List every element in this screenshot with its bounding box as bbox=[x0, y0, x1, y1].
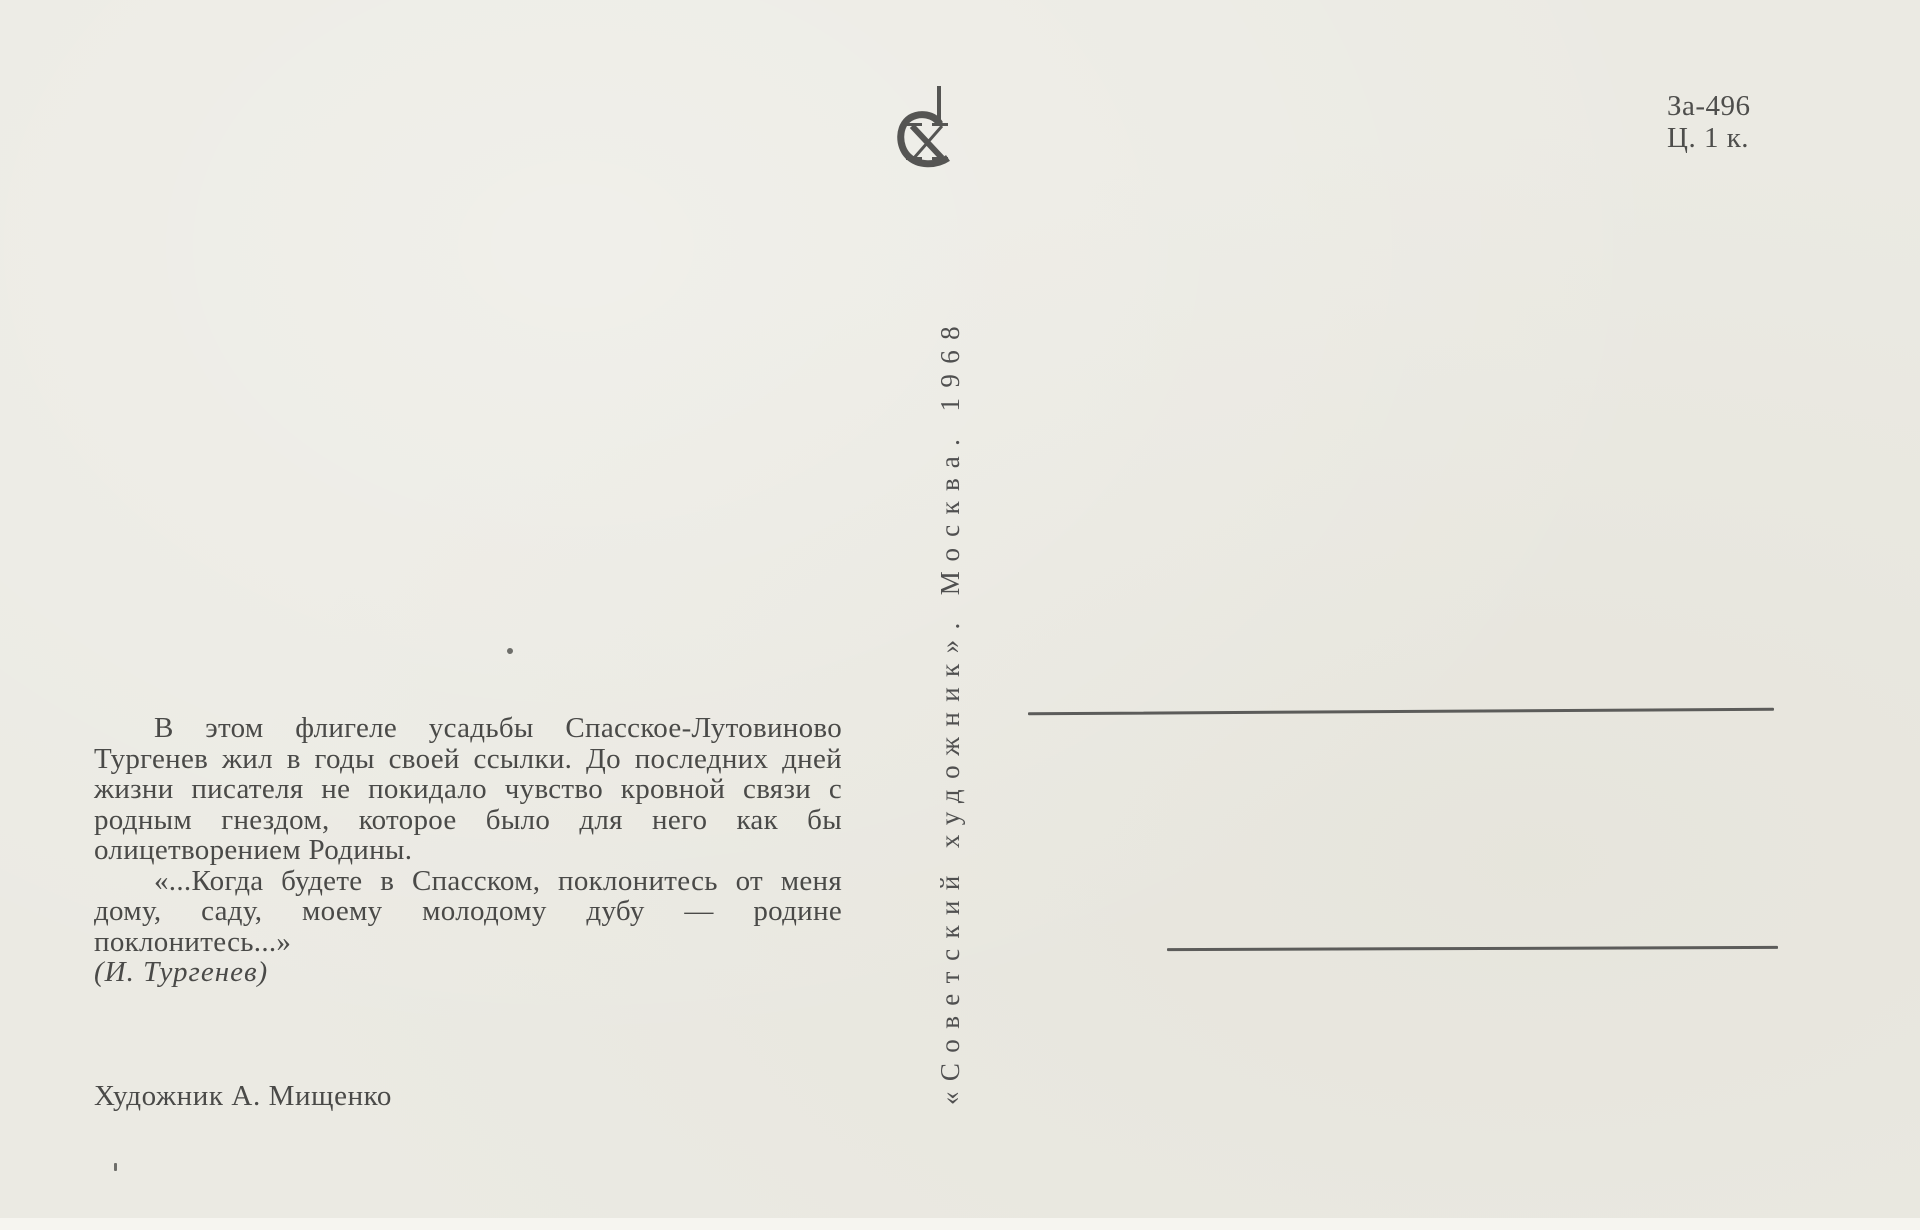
publisher-line: «Советский художник». Москва. 1968 bbox=[935, 316, 966, 1105]
catalog-info: За-496 Ц. 1 к. bbox=[1667, 90, 1751, 154]
caption-quote: «...Когда будете в Спасском, поклонитесь… bbox=[94, 866, 842, 958]
address-line-2 bbox=[1167, 946, 1778, 951]
publisher-logo-icon bbox=[888, 84, 962, 170]
postcard-back: За-496 Ц. 1 к. «Советский художник». Мос… bbox=[0, 0, 1920, 1230]
quote-author: (И. Тургенев) bbox=[94, 957, 842, 988]
catalog-number: За-496 bbox=[1667, 90, 1751, 122]
card-bottom-edge bbox=[0, 1218, 1920, 1230]
paper-speck bbox=[507, 648, 513, 654]
paper-speck bbox=[114, 1163, 117, 1171]
artist-credit: Художник А. Мищенко bbox=[94, 1080, 392, 1113]
address-line-1 bbox=[1028, 708, 1774, 716]
price: Ц. 1 к. bbox=[1667, 122, 1751, 154]
caption-paragraph: В этом флигеле усадьбы Спасское-Лутовино… bbox=[94, 713, 842, 866]
caption-text: В этом флигеле усадьбы Спасское-Лутовино… bbox=[94, 713, 842, 988]
